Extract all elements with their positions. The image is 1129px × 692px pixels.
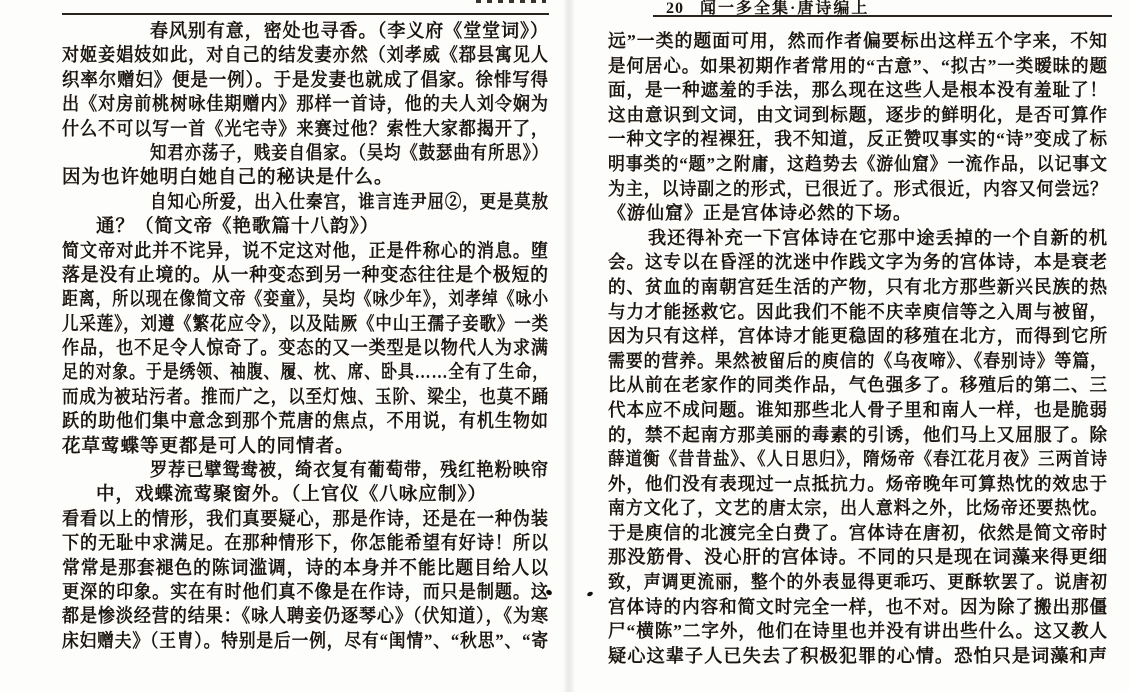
text-line: 薛道衡《昔昔盐》、《人日思归》，隋炀帝《春江花月夜》三两首诗: [608, 447, 1108, 472]
text-line: 而成为被玷污者。推而广之，以至灯烛、玉阶、梁尘，也莫不踊: [62, 386, 549, 410]
text-line-content: 比从前在老家作的同类作品，气色强多了。移殖后的第二、三: [608, 373, 1108, 398]
text-line-content: 一种文字的裎裸狂，我不知道，反正赞叹事实的“诗”变成了标: [608, 127, 1108, 152]
text-line: 需要的营养。果然被留后的庾信的《乌夜啼》、《春别诗》等篇，: [608, 349, 1108, 374]
text-line-content: 南方文化了，文艺的唐太宗，出人意料之外，比炀帝还要热忱。: [608, 496, 1108, 521]
text-line-content: 床妇赠夫》（王胄）。特别是后一例，尽有“闺情”、“秋思”、“寄: [62, 630, 549, 654]
text-line: 作品，也不足令人惊奇了。变态的又一类型是以物代人为求满: [62, 337, 549, 361]
text-line: 我还得补充一下宫体诗在它那中途丢掉的一个自新的机: [608, 226, 1108, 251]
text-line: 《游仙窟》正是宫体诗必然的下场。: [608, 201, 1108, 226]
text-line: 春风别有意，密处也寻香。（李义府《堂堂词》）: [62, 20, 549, 44]
text-line: 比从前在老家作的同类作品，气色强多了。移殖后的第二、三: [608, 373, 1108, 398]
text-line-content: 春风别有意，密处也寻香。（李义府《堂堂词》）: [150, 20, 549, 44]
ink-speck: [586, 591, 593, 597]
text-line: 足的对象。于是绣领、袖腹、履、枕、席、卧具……全有了生命，: [62, 361, 549, 385]
text-line: 床妇赠夫》（王胄）。特别是后一例，尽有“闺情”、“秋思”、“寄: [62, 630, 549, 654]
text-line-content: 我还得补充一下宫体诗在它那中途丢掉的一个自新的机: [648, 226, 1108, 251]
text-line: 这由意识到文词，由文词到标题，逐步的鲜明化，是否可算作: [608, 103, 1108, 128]
text-line-content: 外，他们没有表现过一点抵抗力。炀帝晚年可算热忱的效忠于: [608, 472, 1108, 497]
text-line: 的、贫血的南朝宫廷生活的产物，只有北方那些新兴民族的热: [608, 275, 1108, 300]
text-line: 什么不可以写一首《光宅寺》来赛过他？索性大家都揭开了，: [62, 118, 549, 142]
text-line-content: 中，戏蝶流莺聚窗外。（上官仪《八咏应制》）: [96, 483, 487, 507]
text-line-content: 为主，以诗副之的形式，已很近了。形式很近，内容又何尝远？: [608, 177, 1108, 202]
text-line-content: 落是没有止境的。从一种变态到另一种变态往往是个极短的: [62, 264, 549, 288]
text-line: 尸“横陈”二字外，他们在诗里也并没有讲出些什么。这又教人: [608, 619, 1108, 644]
text-line-content: 《游仙窟》正是宫体诗必然的下场。: [608, 201, 912, 226]
text-line-content: 致，声调更流丽，整个的外表显得更乖巧、更酥软罢了。说唐初: [608, 570, 1108, 595]
text-line: 一种文字的裎裸狂，我不知道，反正赞叹事实的“诗”变成了标: [608, 127, 1108, 152]
text-line: 远”一类的题面可用，然而作者偏要标出这样五个字来，不知: [608, 29, 1108, 54]
text-line: 简文帝对此并不诧异，说不定这对他，正是件称心的消息。堕: [62, 240, 549, 264]
text-line-content: 因为也许她明白她自己的秘诀是什么。: [62, 166, 394, 190]
text-line-content: 通？（简文帝《艳歌篇十八韵》）: [96, 215, 379, 239]
text-line: 中，戏蝶流莺聚窗外。（上官仪《八咏应制》）: [62, 483, 549, 507]
text-line: 跃的助他们集中意念到那个荒唐的焦点，不用说，有机生物如: [62, 410, 549, 434]
text-line-content: 与力才能拯救它。因此我们不能不庆幸庾信等之入周与被留，: [608, 300, 1108, 325]
text-line-content: 是何居心。如果初期作者常用的“古意”、“拟古”一类暧昧的题: [608, 54, 1108, 79]
text-line-content: 距离，所以现在像简文帝《娈童》，吴均《咏少年》，刘孝绰《咏小: [62, 288, 549, 312]
book-scan-spread: 春风别有意，密处也寻香。（李义府《堂堂词》）对姬妾娼妓如此，对自己的结发妻亦然（…: [0, 0, 1129, 692]
right-page-text-column: 远”一类的题面可用，然而作者偏要标出这样五个字来，不知是何居心。如果初期作者常用…: [608, 29, 1108, 668]
text-line-content: 什么不可以写一首《光宅寺》来赛过他？索性大家都揭开了，: [62, 118, 549, 142]
text-line: 距离，所以现在像简文帝《娈童》，吴均《咏少年》，刘孝绰《咏小: [62, 288, 549, 312]
text-line: 出《对房前桃树咏佳期赠内》那样一首诗，他的夫人刘令娴为: [62, 93, 549, 117]
text-line: 因为也许她明白她自己的秘诀是什么。: [62, 166, 549, 190]
text-line-content: 而成为被玷污者。推而广之，以至灯烛、玉阶、梁尘，也莫不踊: [62, 386, 549, 410]
page-gutter-shadow: [563, 0, 575, 692]
left-page-text-column: 春风别有意，密处也寻香。（李义府《堂堂词》）对姬妾娼妓如此，对自己的结发妻亦然（…: [62, 20, 549, 654]
text-line: 对姬妾娼妓如此，对自己的结发妻亦然（刘孝威《鄀县寓见人: [62, 44, 549, 68]
text-line: 儿采莲》，刘遵《繁花应令》，以及陆厥《中山王孺子妾歌》一类: [62, 313, 549, 337]
text-line: 外，他们没有表现过一点抵抗力。炀帝晚年可算热忱的效忠于: [608, 472, 1108, 497]
text-line-content: 简文帝对此并不诧异，说不定这对他，正是件称心的消息。堕: [62, 240, 549, 264]
text-line-content: 常常是那套褪色的陈词滥调，诗的本身并不能比题目给人以: [62, 557, 549, 581]
text-line-content: 明事类的“题”之附庸，这趋势去《游仙窟》一流作品，以记事文: [608, 152, 1108, 177]
text-line-content: 看看以上的情形，我们真要疑心，那是作诗，还是在一种伪装: [62, 508, 549, 532]
text-line-content: 自知心所爱，出入仕秦宫，谁言连尹屈②，更是莫敖: [150, 191, 549, 215]
text-line-content: 跃的助他们集中意念到那个荒唐的焦点，不用说，有机生物如: [62, 410, 549, 434]
header-rule-left: [62, 13, 549, 15]
text-line-content: 更深的印象。实在有时他们真不像是在作诗，而只是制题。这: [62, 581, 549, 605]
text-line: 都是惨淡经营的结果：《咏人聘妾仍逐琴心》（伏知道），《为寒: [62, 605, 549, 629]
text-line: 致，声调更流丽，整个的外表显得更乖巧、更酥软罢了。说唐初: [608, 570, 1108, 595]
text-line-content: 罗荐已擘鸳鸯被，绮衣复有葡萄带，残红艳粉映帘: [150, 459, 549, 483]
text-line-content: 知君亦荡子，贱妾自倡家。（吴均《鼓瑟曲有所思》）: [150, 142, 549, 166]
text-line-content: 会。这专以在昏淫的沈迷中作践文字为务的宫体诗，本是衰老: [608, 250, 1108, 275]
text-line: 与力才能拯救它。因此我们不能不庆幸庾信等之入周与被留，: [608, 300, 1108, 325]
text-line: 那没筋骨、没心肝的宫体诗。不同的只是现在词藻来得更细: [608, 545, 1108, 570]
text-line-content: 那没筋骨、没心肝的宫体诗。不同的只是现在词藻来得更细: [608, 545, 1108, 570]
text-line: 自知心所爱，出入仕秦宫，谁言连尹屈②，更是莫敖: [62, 191, 549, 215]
text-line-content: 足的对象。于是绣领、袖腹、履、枕、席、卧具……全有了生命，: [62, 361, 549, 385]
text-line: 更深的印象。实在有时他们真不像是在作诗，而只是制题。这: [62, 581, 549, 605]
text-line: 常常是那套褪色的陈词滥调，诗的本身并不能比题目给人以: [62, 557, 549, 581]
text-line-content: 出《对房前桃树咏佳期赠内》那样一首诗，他的夫人刘令娴为: [62, 93, 549, 117]
text-line-content: 于是庾信的北渡完全白费了。宫体诗在唐初，依然是简文帝时: [608, 521, 1108, 546]
text-line: 疑心这辈子人已失去了积极犯罪的心情。恐怕只是词藻和声: [608, 644, 1108, 669]
header-rule-right: [653, 15, 1112, 17]
text-line: 知君亦荡子，贱妾自倡家。（吴均《鼓瑟曲有所思》）: [62, 142, 549, 166]
text-line-content: 尸“横陈”二字外，他们在诗里也并没有讲出些什么。这又教人: [608, 619, 1108, 644]
text-line: 为主，以诗副之的形式，已很近了。形式很近，内容又何尝远？: [608, 177, 1108, 202]
text-line: 看看以上的情形，我们真要疑心，那是作诗，还是在一种伪装: [62, 508, 549, 532]
text-line: 织率尔赠妇》便是一例）。于是发妻也就成了倡家。徐悱写得: [62, 69, 549, 93]
text-line-content: 远”一类的题面可用，然而作者偏要标出这样五个字来，不知: [608, 29, 1108, 54]
text-line-content: 宫体诗的内容和简文时完全一样，也不对。因为除了搬出那僵: [608, 595, 1108, 620]
text-line-content: 下的无耻中求满足。在那种情形下，你怎能希望有好诗！所以: [62, 532, 549, 556]
text-line: 明事类的“题”之附庸，这趋势去《游仙窟》一流作品，以记事文: [608, 152, 1108, 177]
text-line: 是何居心。如果初期作者常用的“古意”、“拟古”一类暧昧的题: [608, 54, 1108, 79]
text-line-content: 的、贫血的南朝宫廷生活的产物，只有北方那些新兴民族的热: [608, 275, 1108, 300]
text-line-content: 面，是一种遮羞的手法，那么现在这些人是根本没有羞耻了！: [608, 78, 1108, 103]
text-line-content: 作品，也不足令人惊奇了。变态的又一类型是以物代人为求满: [62, 337, 549, 361]
text-line: 面，是一种遮羞的手法，那么现在这些人是根本没有羞耻了！: [608, 78, 1108, 103]
cropped-header-remnant: [476, 0, 546, 3]
text-line-content: 需要的营养。果然被留后的庾信的《乌夜啼》、《春别诗》等篇，: [608, 349, 1108, 374]
text-line-content: 都是惨淡经营的结果：《咏人聘妾仍逐琴心》（伏知道），《为寒: [62, 605, 549, 629]
text-line-content: 这由意识到文词，由文词到标题，逐步的鲜明化，是否可算作: [608, 103, 1108, 128]
text-line-content: 疑心这辈子人已失去了积极犯罪的心情。恐怕只是词藻和声: [608, 644, 1108, 669]
text-line-content: 的，禁不起南方那美丽的毒素的引诱，他们马上又屈服了。除: [608, 423, 1108, 448]
text-line: 宫体诗的内容和简文时完全一样，也不对。因为除了搬出那僵: [608, 595, 1108, 620]
text-line: 于是庾信的北渡完全白费了。宫体诗在唐初，依然是简文帝时: [608, 521, 1108, 546]
text-line: 花草莺蝶等更都是可人的同情者。: [62, 435, 549, 459]
text-line: 南方文化了，文艺的唐太宗，出人意料之外，比炀帝还要热忱。: [608, 496, 1108, 521]
text-line-content: 花草莺蝶等更都是可人的同情者。: [62, 435, 355, 459]
text-line: 通？（简文帝《艳歌篇十八韵》）: [62, 215, 549, 239]
text-line-content: 织率尔赠妇》便是一例）。于是发妻也就成了倡家。徐悱写得: [62, 69, 549, 93]
text-line-content: 代本应不成问题。谁知那些北人骨子里和南人一样，也是脆弱: [608, 398, 1108, 423]
text-line-content: 儿采莲》，刘遵《繁花应令》，以及陆厥《中山王孺子妾歌》一类: [62, 313, 549, 337]
text-line: 代本应不成问题。谁知那些北人骨子里和南人一样，也是脆弱: [608, 398, 1108, 423]
text-line: 下的无耻中求满足。在那种情形下，你怎能希望有好诗！所以: [62, 532, 549, 556]
text-line-content: 薛道衡《昔昔盐》、《人日思归》，隋炀帝《春江花月夜》三两首诗: [608, 447, 1108, 472]
text-line: 罗荐已擘鸳鸯被，绮衣复有葡萄带，残红艳粉映帘: [62, 459, 549, 483]
text-line: 会。这专以在昏淫的沈迷中作践文字为务的宫体诗，本是衰老: [608, 250, 1108, 275]
text-line: 因为只有这样，宫体诗才能更稳固的移殖在北方，而得到它所: [608, 324, 1108, 349]
text-line-content: 对姬妾娼妓如此，对自己的结发妻亦然（刘孝威《鄀县寓见人: [62, 44, 549, 68]
text-line: 的，禁不起南方那美丽的毒素的引诱，他们马上又屈服了。除: [608, 423, 1108, 448]
text-line: 落是没有止境的。从一种变态到另一种变态往往是个极短的: [62, 264, 549, 288]
text-line-content: 因为只有这样，宫体诗才能更稳固的移殖在北方，而得到它所: [608, 324, 1108, 349]
